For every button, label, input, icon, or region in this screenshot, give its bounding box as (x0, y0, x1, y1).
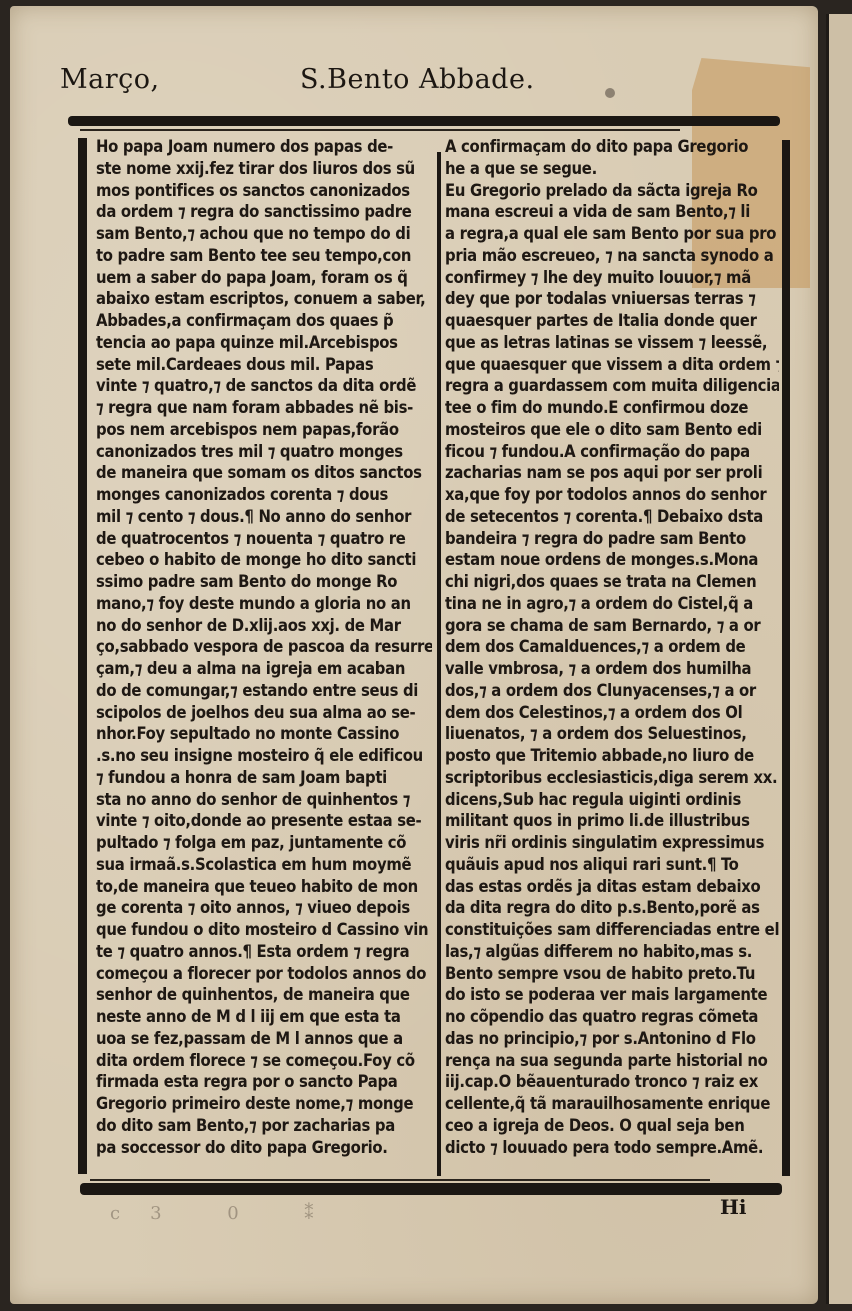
left-text-column: Ho papa Joam numero dos papas de-ste nom… (96, 136, 432, 1158)
text-line: scriptoribus ecclesiasticis,diga serem x… (445, 767, 779, 789)
text-line: regra a guardassem com muita diligencia (445, 375, 779, 397)
text-line: chi nigri,dos quaes se trata na Clemen (445, 571, 779, 593)
text-line: firmada esta regra por o sancto Papa (96, 1071, 432, 1093)
text-line: dicto ⁊ louuado pera todo sempre.Amẽ. (445, 1137, 779, 1159)
text-line: pria mão escreueo, ⁊ na sancta synodo a (445, 245, 779, 267)
text-line: Abbades,a confirmaçam dos quaes p̃ (96, 310, 432, 332)
signature-mark: Hi (720, 1195, 747, 1219)
text-line: Bento sempre vsou de habito preto.Tu (445, 963, 779, 985)
bottom-rule-thin (90, 1179, 710, 1181)
text-line: das estas ordẽs ja ditas estam debaixo (445, 876, 779, 898)
text-line: Ho papa Joam numero dos papas de- (96, 136, 432, 158)
text-line: to padre sam Bento tee seu tempo,con (96, 245, 432, 267)
text-line: de quatrocentos ⁊ nouenta ⁊ quatro re (96, 528, 432, 550)
text-line: canonizados tres mil ⁊ quatro monges (96, 441, 432, 463)
text-line: gora se chama de sam Bernardo, ⁊ a or (445, 615, 779, 637)
top-rule (68, 116, 780, 126)
text-line: confirmey ⁊ lhe dey muito louuor,⁊ mã (445, 267, 779, 289)
text-line: dos,⁊ a ordem dos Clunyacenses,⁊ a or (445, 680, 779, 702)
text-line: .s.no seu insigne mosteiro q̃ ele edific… (96, 745, 432, 767)
text-line: abaixo estam escriptos, conuem a saber, (96, 288, 432, 310)
text-line: de maneira que somam os ditos sanctos (96, 462, 432, 484)
text-line: to,de maneira que teueo habito de mon (96, 876, 432, 898)
text-line: que quaesquer que vissem a dita ordem ⁊ (445, 354, 779, 376)
text-line: a regra,a qual ele sam Bento por sua pro (445, 223, 779, 245)
text-line: senhor de quinhentos, de maneira que (96, 984, 432, 1006)
text-line: vinte ⁊ oito,donde ao presente estaa se- (96, 810, 432, 832)
text-line: de setecentos ⁊ corenta.¶ Debaixo dsta (445, 506, 779, 528)
text-line: ⁊ fundou a honra de sam Joam bapti (96, 767, 432, 789)
text-line: tee o fim do mundo.E confirmou doze (445, 397, 779, 419)
text-line: mano,⁊ foy deste mundo a gloria no an (96, 593, 432, 615)
text-line: ficou ⁊ fundou.A confirmação do papa (445, 441, 779, 463)
text-line: dem dos Celestinos,⁊ a ordem dos Ol (445, 702, 779, 724)
text-line: da dita regra do dito p.s.Bento,porẽ as (445, 897, 779, 919)
text-line: mil ⁊ cento ⁊ dous.¶ No anno do senhor (96, 506, 432, 528)
text-line: Gregorio primeiro deste nome,⁊ monge (96, 1093, 432, 1115)
text-line: militant quos in primo li.de illustribus (445, 810, 779, 832)
text-line: ssimo padre sam Bento do monge Ro (96, 571, 432, 593)
text-line: uem a saber do papa Joam, foram os q̃ (96, 267, 432, 289)
text-line: do de comungar,⁊ estando entre seus di (96, 680, 432, 702)
top-rule-thin (80, 129, 680, 131)
text-line: quaesquer partes de Italia donde quer (445, 310, 779, 332)
text-line: tencia ao papa quinze mil.Arcebispos (96, 332, 432, 354)
text-line: ⁊ regra que nam foram abbades nẽ bis- (96, 397, 432, 419)
text-line: dita ordem florece ⁊ se começou.Foy cõ (96, 1050, 432, 1072)
text-line: mosteiros que ele o dito sam Bento edi (445, 419, 779, 441)
text-line: no do senhor de D.xlij.aos xxj. de Mar (96, 615, 432, 637)
text-line: cebeo o habito de monge ho dito sancti (96, 549, 432, 571)
text-line: da ordem ⁊ regra do sanctissimo padre (96, 201, 432, 223)
text-line: pos nem arcebispos nem papas,forão (96, 419, 432, 441)
text-line: que as letras latinas se vissem ⁊ leessẽ… (445, 332, 779, 354)
bleed-through-text: c3 0 ⁑ (110, 1203, 343, 1224)
text-line: do isto se poderaa ver mais largamente (445, 984, 779, 1006)
text-line: posto que Tritemio abbade,no liuro de (445, 745, 779, 767)
text-line: sua irmaã.s.Scolastica em hum moymẽ (96, 854, 432, 876)
text-line: scipolos de joelhos deu sua alma ao se- (96, 702, 432, 724)
text-line: te ⁊ quatro annos.¶ Esta ordem ⁊ regra (96, 941, 432, 963)
right-column-border (782, 140, 790, 1176)
text-line: A confirmaçam do dito papa Gregorio (445, 136, 779, 158)
text-line: valle vmbrosa, ⁊ a ordem dos humilha (445, 658, 779, 680)
text-line: das no principio,⁊ por s.Antonino d Flo (445, 1028, 779, 1050)
text-line: iij.cap.O bẽauenturado tronco ⁊ raiz ex (445, 1071, 779, 1093)
text-line: viris nr̃i ordinis singulatim expressimu… (445, 832, 779, 854)
text-line: las,⁊ algũas differem no habito,mas s. (445, 941, 779, 963)
adjacent-page-edge (826, 14, 852, 1304)
right-text-column: A confirmaçam do dito papa Gregoriohe a … (445, 136, 779, 1158)
text-line: zacharias nam se pos aqui por ser proli (445, 462, 779, 484)
text-line: pultado ⁊ folga em paz, juntamente cõ (96, 832, 432, 854)
running-head-month: Março, (60, 64, 160, 95)
left-column-border (78, 138, 87, 1174)
text-line: uoa se fez,passam de M l annos que a (96, 1028, 432, 1050)
text-line: estam noue ordens de monges.s.Mona (445, 549, 779, 571)
text-line: ço,sabbado vespora de pascoa da resurrei (96, 636, 432, 658)
text-line: tina ne in agro,⁊ a ordem do Cistel,q̃ a (445, 593, 779, 615)
bottom-rule (80, 1183, 782, 1195)
text-line: dem dos Camalduences,⁊ a ordem de (445, 636, 779, 658)
text-line: mana escreui a vida de sam Bento,⁊ li (445, 201, 779, 223)
text-line: xa,que foy por todolos annos do senhor (445, 484, 779, 506)
text-line: dicens,Sub hac regula uiginti ordinis (445, 789, 779, 811)
text-line: quãuis apud nos aliqui rari sunt.¶ To (445, 854, 779, 876)
text-line: que fundou o dito mosteiro d Cassino vin (96, 919, 432, 941)
text-line: liuenatos, ⁊ a ordem dos Seluestinos, (445, 723, 779, 745)
text-line: sam Bento,⁊ achou que no tempo do di (96, 223, 432, 245)
text-line: constituições sam differenciadas entre e… (445, 919, 779, 941)
text-line: bandeira ⁊ regra do padre sam Bento (445, 528, 779, 550)
text-line: sete mil.Cardeaes dous mil. Papas (96, 354, 432, 376)
text-line: monges canonizados corenta ⁊ dous (96, 484, 432, 506)
text-line: mos pontifices os sanctos canonizados (96, 180, 432, 202)
text-line: sta no anno do senhor de quinhentos ⁊ (96, 789, 432, 811)
text-line: rença na sua segunda parte historial no (445, 1050, 779, 1072)
text-line: ceo a igreja de Deos. O qual seja ben (445, 1115, 779, 1137)
running-head-title: S.Bento Abbade. (300, 64, 535, 95)
text-line: vinte ⁊ quatro,⁊ de sanctos da dita ordẽ (96, 375, 432, 397)
text-line: he a que se segue. (445, 158, 779, 180)
text-line: dey que por todalas vniuersas terras ⁊ (445, 288, 779, 310)
text-line: Eu Gregorio prelado da sãcta igreja Ro (445, 180, 779, 202)
text-line: ste nome xxij.fez tirar dos liuros dos s… (96, 158, 432, 180)
text-line: nhor.Foy sepultado no monte Cassino (96, 723, 432, 745)
text-line: ge corenta ⁊ oito annos, ⁊ viueo depois (96, 897, 432, 919)
text-line: no cõpendio das quatro regras cõmeta (445, 1006, 779, 1028)
text-line: neste anno de M d l iij em que esta ta (96, 1006, 432, 1028)
text-line: çam,⁊ deu a alma na igreja em acaban (96, 658, 432, 680)
paper-spot (605, 88, 615, 98)
column-divider (437, 152, 441, 1176)
text-line: pa soccessor do dito papa Gregorio. (96, 1137, 432, 1159)
text-line: cellente,q̃ tã marauilhosamente enrique (445, 1093, 779, 1115)
text-line: do dito sam Bento,⁊ por zacharias pa (96, 1115, 432, 1137)
text-line: começou a florecer por todolos annos do (96, 963, 432, 985)
